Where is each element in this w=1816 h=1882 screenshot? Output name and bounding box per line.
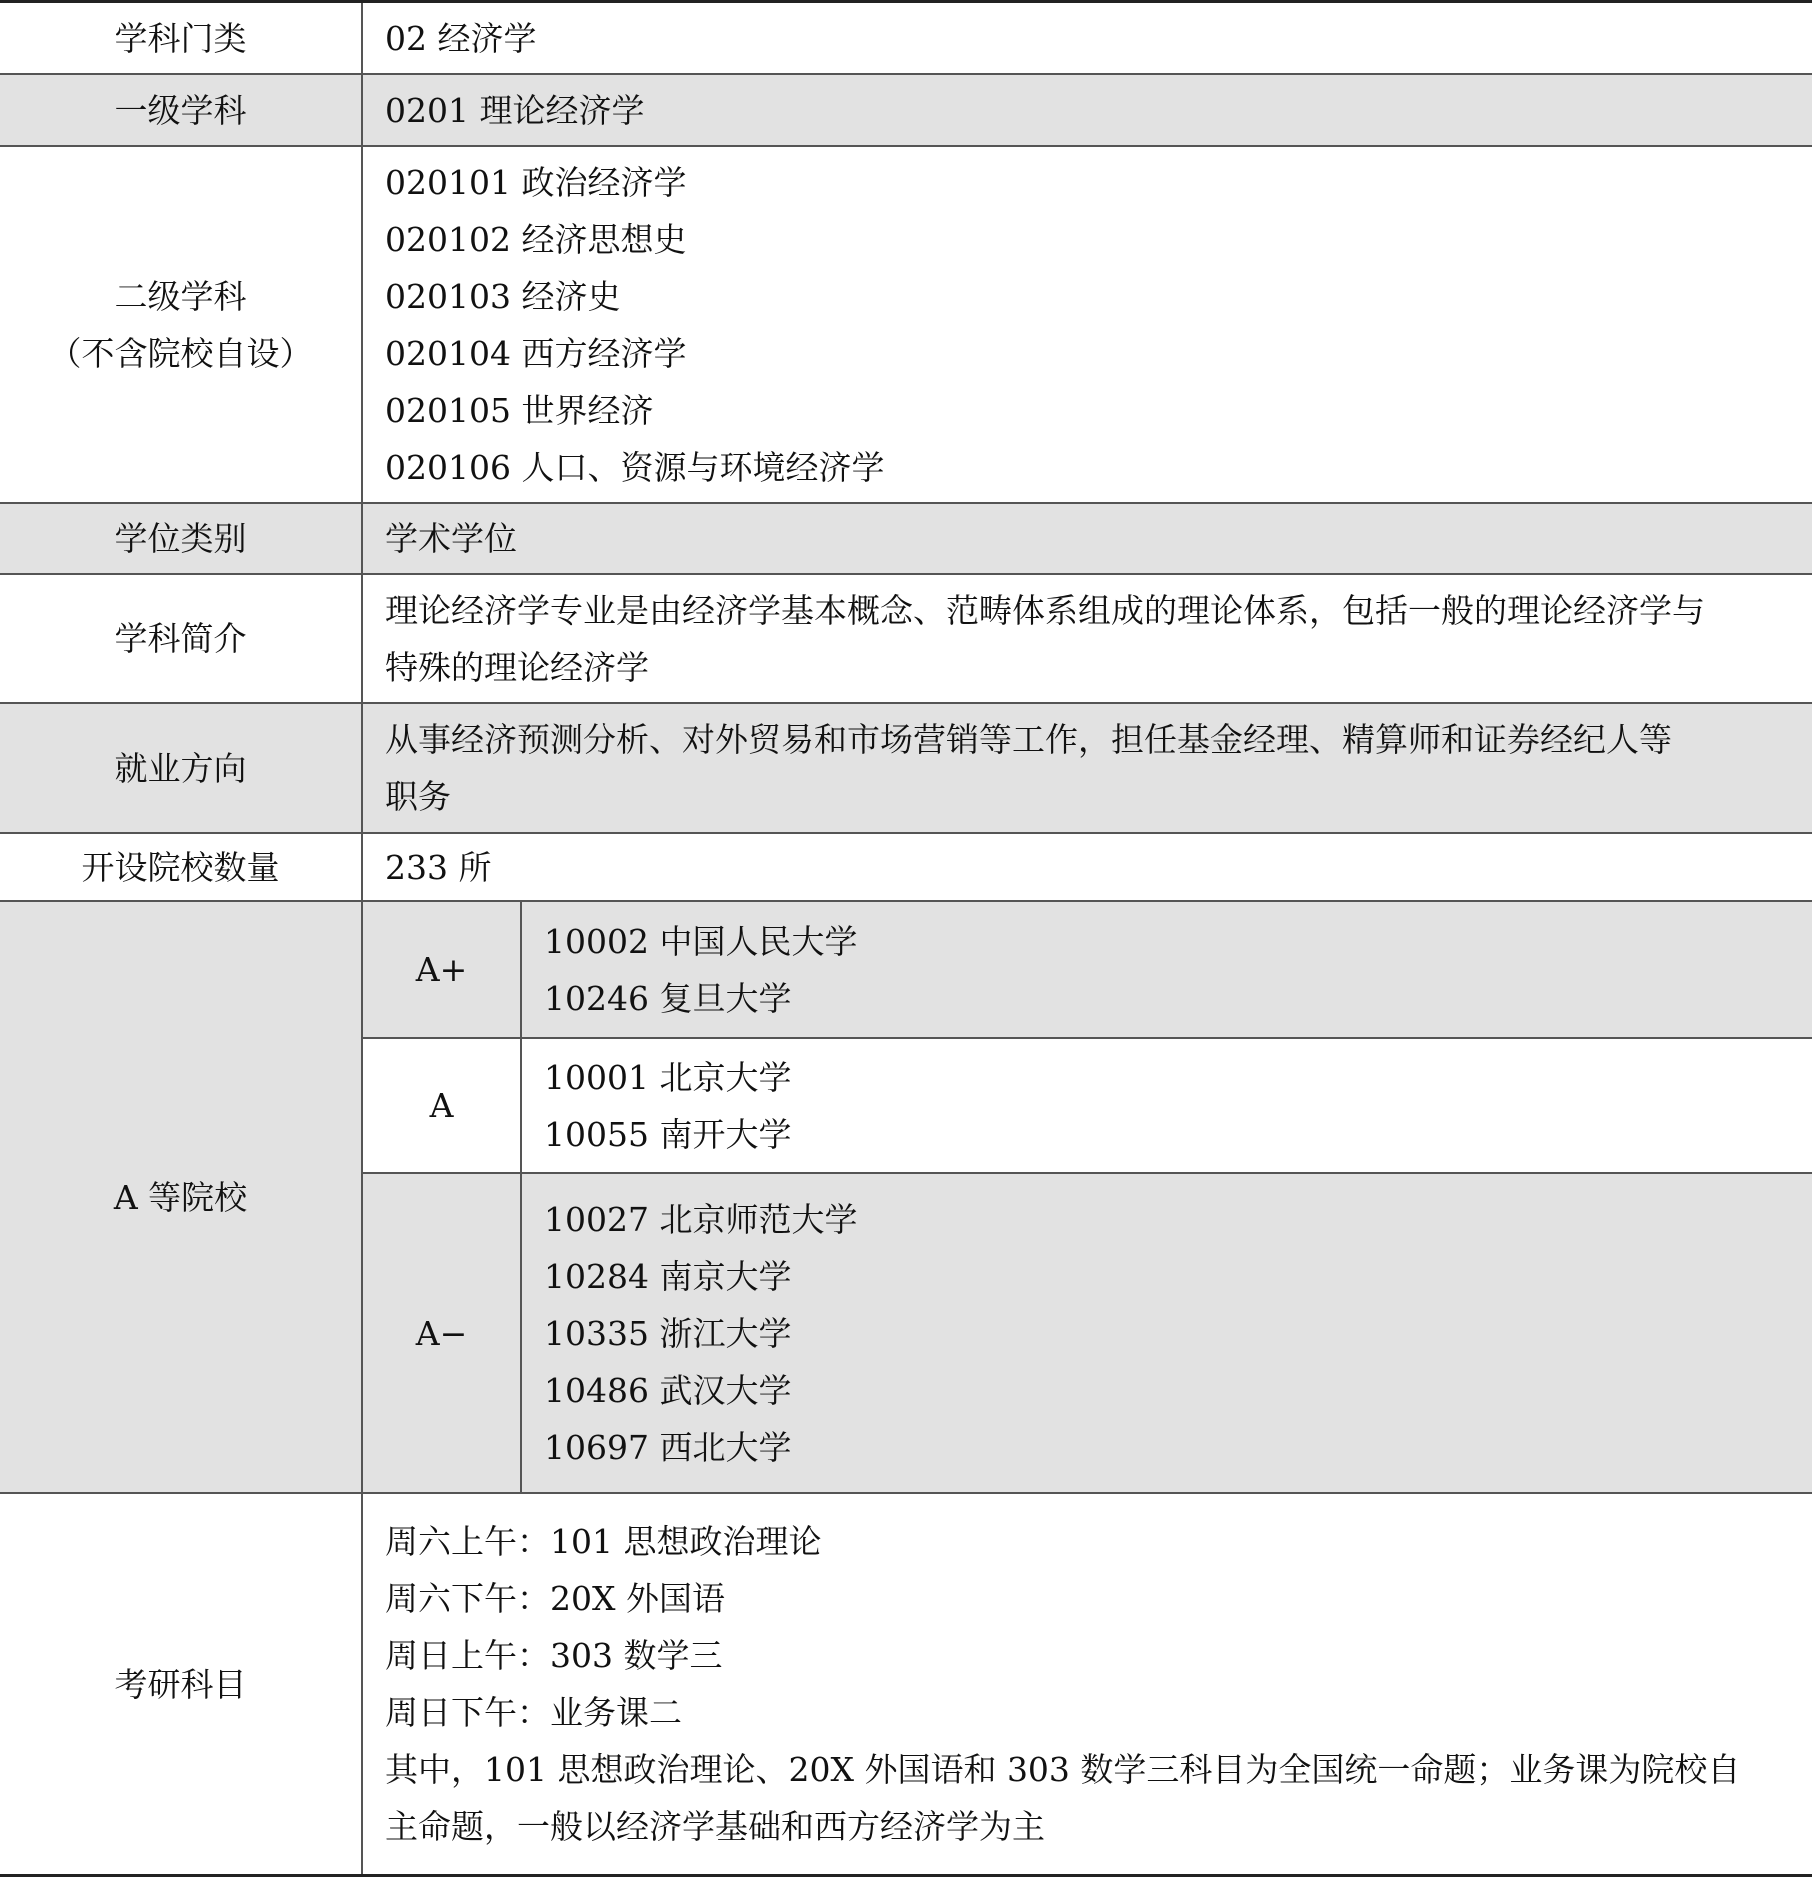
label-category: 学科门类 [0, 3, 363, 73]
value-first-level: 0201 理论经济学 [385, 82, 1812, 139]
label-second-level-line2: （不含院校自设） [49, 325, 313, 382]
career-line: 从事经济预测分析、对外贸易和市场营销等工作，担任基金经理、精算师和证券经纪人等 [385, 711, 1812, 768]
tier-grade: A [363, 1039, 522, 1172]
label-a-schools: A 等院校 [0, 902, 363, 1492]
exam-text: 周六上午：101 思想政治理论 周六下午：20X 外国语 周日上午：303 数学… [363, 1494, 1812, 1874]
exam-line: 周日上午：303 数学三 [385, 1627, 1812, 1684]
a-schools-tiers: A+ 10002 中国人民大学 10246 复旦大学 A 10001 北京大学 … [363, 902, 1812, 1492]
value-school-count: 233 所 [385, 839, 1812, 896]
list-item: 020105 世界经济 [385, 382, 1812, 439]
row-first-level: 一级学科 0201 理论经济学 [0, 75, 1812, 147]
label-second-level-line1: 二级学科 [115, 268, 247, 325]
intro-text: 理论经济学专业是由经济学基本概念、范畴体系组成的理论体系，包括一般的理论经济学与… [363, 575, 1812, 702]
row-degree-type: 学位类别 学术学位 [0, 504, 1812, 575]
school-item: 10027 北京师范大学 [544, 1191, 1812, 1248]
school-item: 10486 武汉大学 [544, 1362, 1812, 1419]
label-exam: 考研科目 [0, 1494, 363, 1874]
row-school-count: 开设院校数量 233 所 [0, 834, 1812, 902]
exam-line: 周六下午：20X 外国语 [385, 1570, 1812, 1627]
exam-line: 其中，101 思想政治理论、20X 外国语和 303 数学三科目为全国统一命题；… [385, 1741, 1812, 1798]
school-item: 10284 南京大学 [544, 1248, 1812, 1305]
label-first-level: 一级学科 [0, 75, 363, 145]
value-category: 02 经济学 [385, 10, 1812, 67]
list-item: 020102 经济思想史 [385, 211, 1812, 268]
list-item: 020106 人口、资源与环境经济学 [385, 439, 1812, 496]
exam-line: 周六上午：101 思想政治理论 [385, 1513, 1812, 1570]
label-career: 就业方向 [0, 704, 363, 832]
label-school-count: 开设院校数量 [0, 834, 363, 900]
second-level-list: 020101 政治经济学 020102 经济思想史 020103 经济史 020… [363, 147, 1812, 502]
value-degree-type: 学术学位 [385, 510, 1812, 567]
intro-line: 理论经济学专业是由经济学基本概念、范畴体系组成的理论体系，包括一般的理论经济学与 [385, 582, 1812, 639]
discipline-info-table: 学科门类 02 经济学 一级学科 0201 理论经济学 二级学科 （不含院校自设… [0, 0, 1812, 1877]
tier-a-minus: A− 10027 北京师范大学 10284 南京大学 10335 浙江大学 10… [363, 1174, 1812, 1492]
exam-line: 主命题，一般以经济学基础和西方经济学为主 [385, 1798, 1812, 1855]
list-item: 020103 经济史 [385, 268, 1812, 325]
career-text: 从事经济预测分析、对外贸易和市场营销等工作，担任基金经理、精算师和证券经纪人等 … [363, 704, 1812, 832]
row-career: 就业方向 从事经济预测分析、对外贸易和市场营销等工作，担任基金经理、精算师和证券… [0, 704, 1812, 834]
exam-line: 周日下午：业务课二 [385, 1684, 1812, 1741]
intro-line: 特殊的理论经济学 [385, 639, 1812, 696]
tier-a: A 10001 北京大学 10055 南开大学 [363, 1039, 1812, 1174]
school-item: 10002 中国人民大学 [544, 913, 1812, 970]
career-line: 职务 [385, 768, 1812, 825]
school-item: 10055 南开大学 [544, 1106, 1812, 1163]
row-second-level: 二级学科 （不含院校自设） 020101 政治经济学 020102 经济思想史 … [0, 147, 1812, 504]
list-item: 020104 西方经济学 [385, 325, 1812, 382]
school-item: 10697 西北大学 [544, 1419, 1812, 1476]
label-second-level: 二级学科 （不含院校自设） [0, 147, 363, 502]
row-category: 学科门类 02 经济学 [0, 3, 1812, 75]
tier-grade: A− [363, 1174, 522, 1492]
label-degree-type: 学位类别 [0, 504, 363, 573]
tier-grade: A+ [363, 902, 522, 1037]
row-intro: 学科简介 理论经济学专业是由经济学基本概念、范畴体系组成的理论体系，包括一般的理… [0, 575, 1812, 704]
row-a-schools: A 等院校 A+ 10002 中国人民大学 10246 复旦大学 A 10001… [0, 902, 1812, 1494]
row-exam: 考研科目 周六上午：101 思想政治理论 周六下午：20X 外国语 周日上午：3… [0, 1494, 1812, 1874]
tier-a-plus: A+ 10002 中国人民大学 10246 复旦大学 [363, 902, 1812, 1039]
school-item: 10246 复旦大学 [544, 970, 1812, 1027]
label-intro: 学科简介 [0, 575, 363, 702]
school-item: 10335 浙江大学 [544, 1305, 1812, 1362]
list-item: 020101 政治经济学 [385, 154, 1812, 211]
school-item: 10001 北京大学 [544, 1049, 1812, 1106]
